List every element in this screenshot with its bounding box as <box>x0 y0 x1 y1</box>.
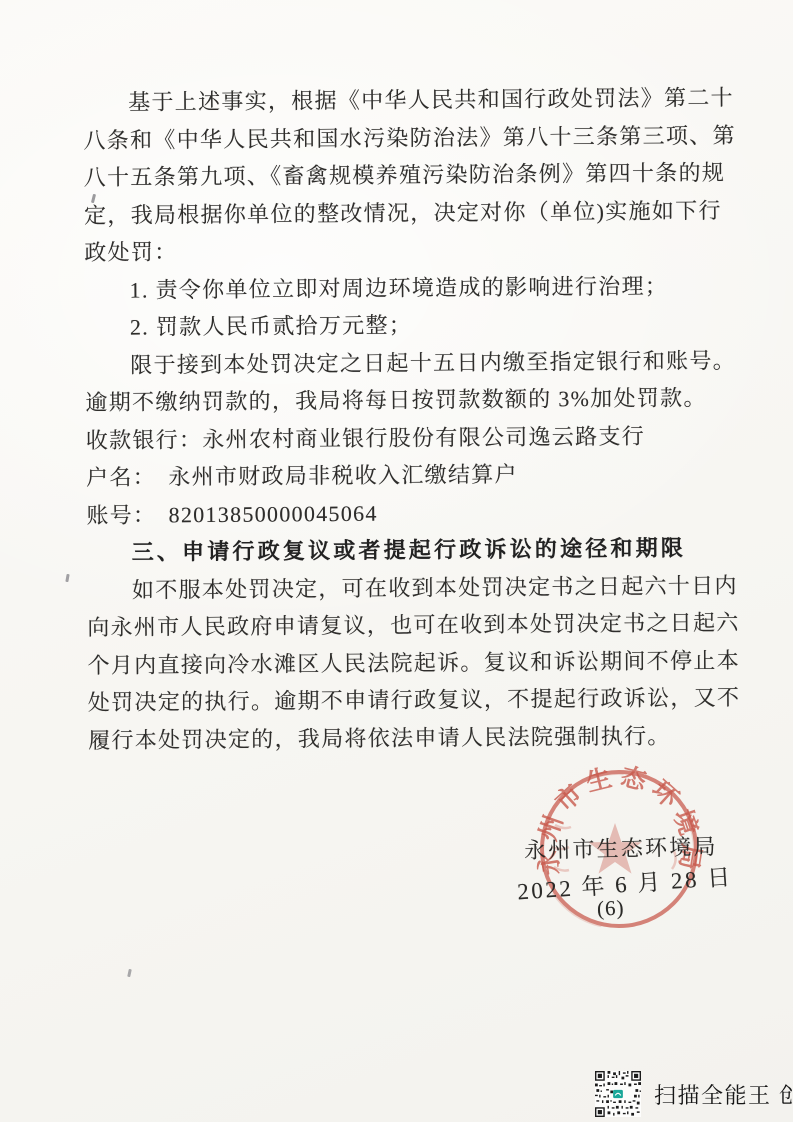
scanned-document-page: 基于上述事实，根据《中华人民共和国行政处罚法》第二十 八条和《中华人民共和国水污… <box>0 0 793 1122</box>
ink-speck <box>65 574 69 582</box>
appeal-line: 履行本处罚决定的，我局将依法申请人民法院强制执行。 <box>88 716 756 759</box>
penalty-item-2: 2. 罚款人民币贰拾万元整； <box>85 304 753 347</box>
qr-code-icon <box>595 1071 641 1117</box>
body-line: 基于上述事实，根据《中华人民共和国行政处罚法》第二十 <box>83 79 751 122</box>
signature-agency: 永州市生态环境局 <box>524 830 718 865</box>
document-body-text: 基于上述事实，根据《中华人民共和国行政处罚法》第二十 八条和《中华人民共和国水污… <box>83 79 756 759</box>
body-line: 定，我局根据你单位的整改情况，决定对你（单位)实施如下行 <box>84 191 752 234</box>
receiving-bank-line: 收款银行：永州农村商业银行股份有限公司逸云路支行 <box>86 416 754 459</box>
signature-date: 2022 年 6 月 28 日 <box>516 859 734 907</box>
payment-line: 逾期不缴纳罚款的，我局将每日按罚款数额的 3%加处罚款。 <box>85 379 753 422</box>
body-line: 八十五条第九项、《畜禽规模养殖污染防治条例》第四十条的规 <box>84 154 752 197</box>
body-line: 八条和《中华人民共和国水污染防治法》第八十三条第三项、第 <box>83 116 751 159</box>
appeal-line: 向永州市人民政府申请复议，也可在收到本处罚决定书之日起六 <box>87 604 755 647</box>
appeal-line: 个月内直接向冷水滩区人民法院起诉。复议和诉讼期间不停止本 <box>87 641 755 684</box>
qr-center-logo <box>613 1090 623 1098</box>
appeal-line: 如不服本处罚决定，可在收到本处罚决定书之日起六十日内 <box>87 566 755 609</box>
payment-line: 限于接到本处罚决定之日起十五日内缴至指定银行和账号。 <box>85 341 753 384</box>
scanner-watermark-label: 扫描全能王 创建 <box>654 1079 793 1110</box>
body-line: 政处罚： <box>84 229 752 272</box>
penalty-item-1: 1. 责令你单位立即对周边环境造成的影响进行治理； <box>84 266 752 309</box>
scanner-watermark: 扫描全能王 创建 <box>595 1071 793 1117</box>
ink-speck <box>127 969 132 977</box>
copy-number: (6) <box>597 896 625 922</box>
account-number-line: 账号： 82013850000045064 <box>86 491 754 534</box>
account-name-line: 户名： 永州市财政局非税收入汇缴结算户 <box>86 454 754 497</box>
appeal-line: 处罚决定的执行。逾期不申请行政复议，不提起行政诉讼，又不 <box>88 679 756 722</box>
section-heading: 三、申请行政复议或者提起行政诉讼的途径和期限 <box>87 529 755 572</box>
